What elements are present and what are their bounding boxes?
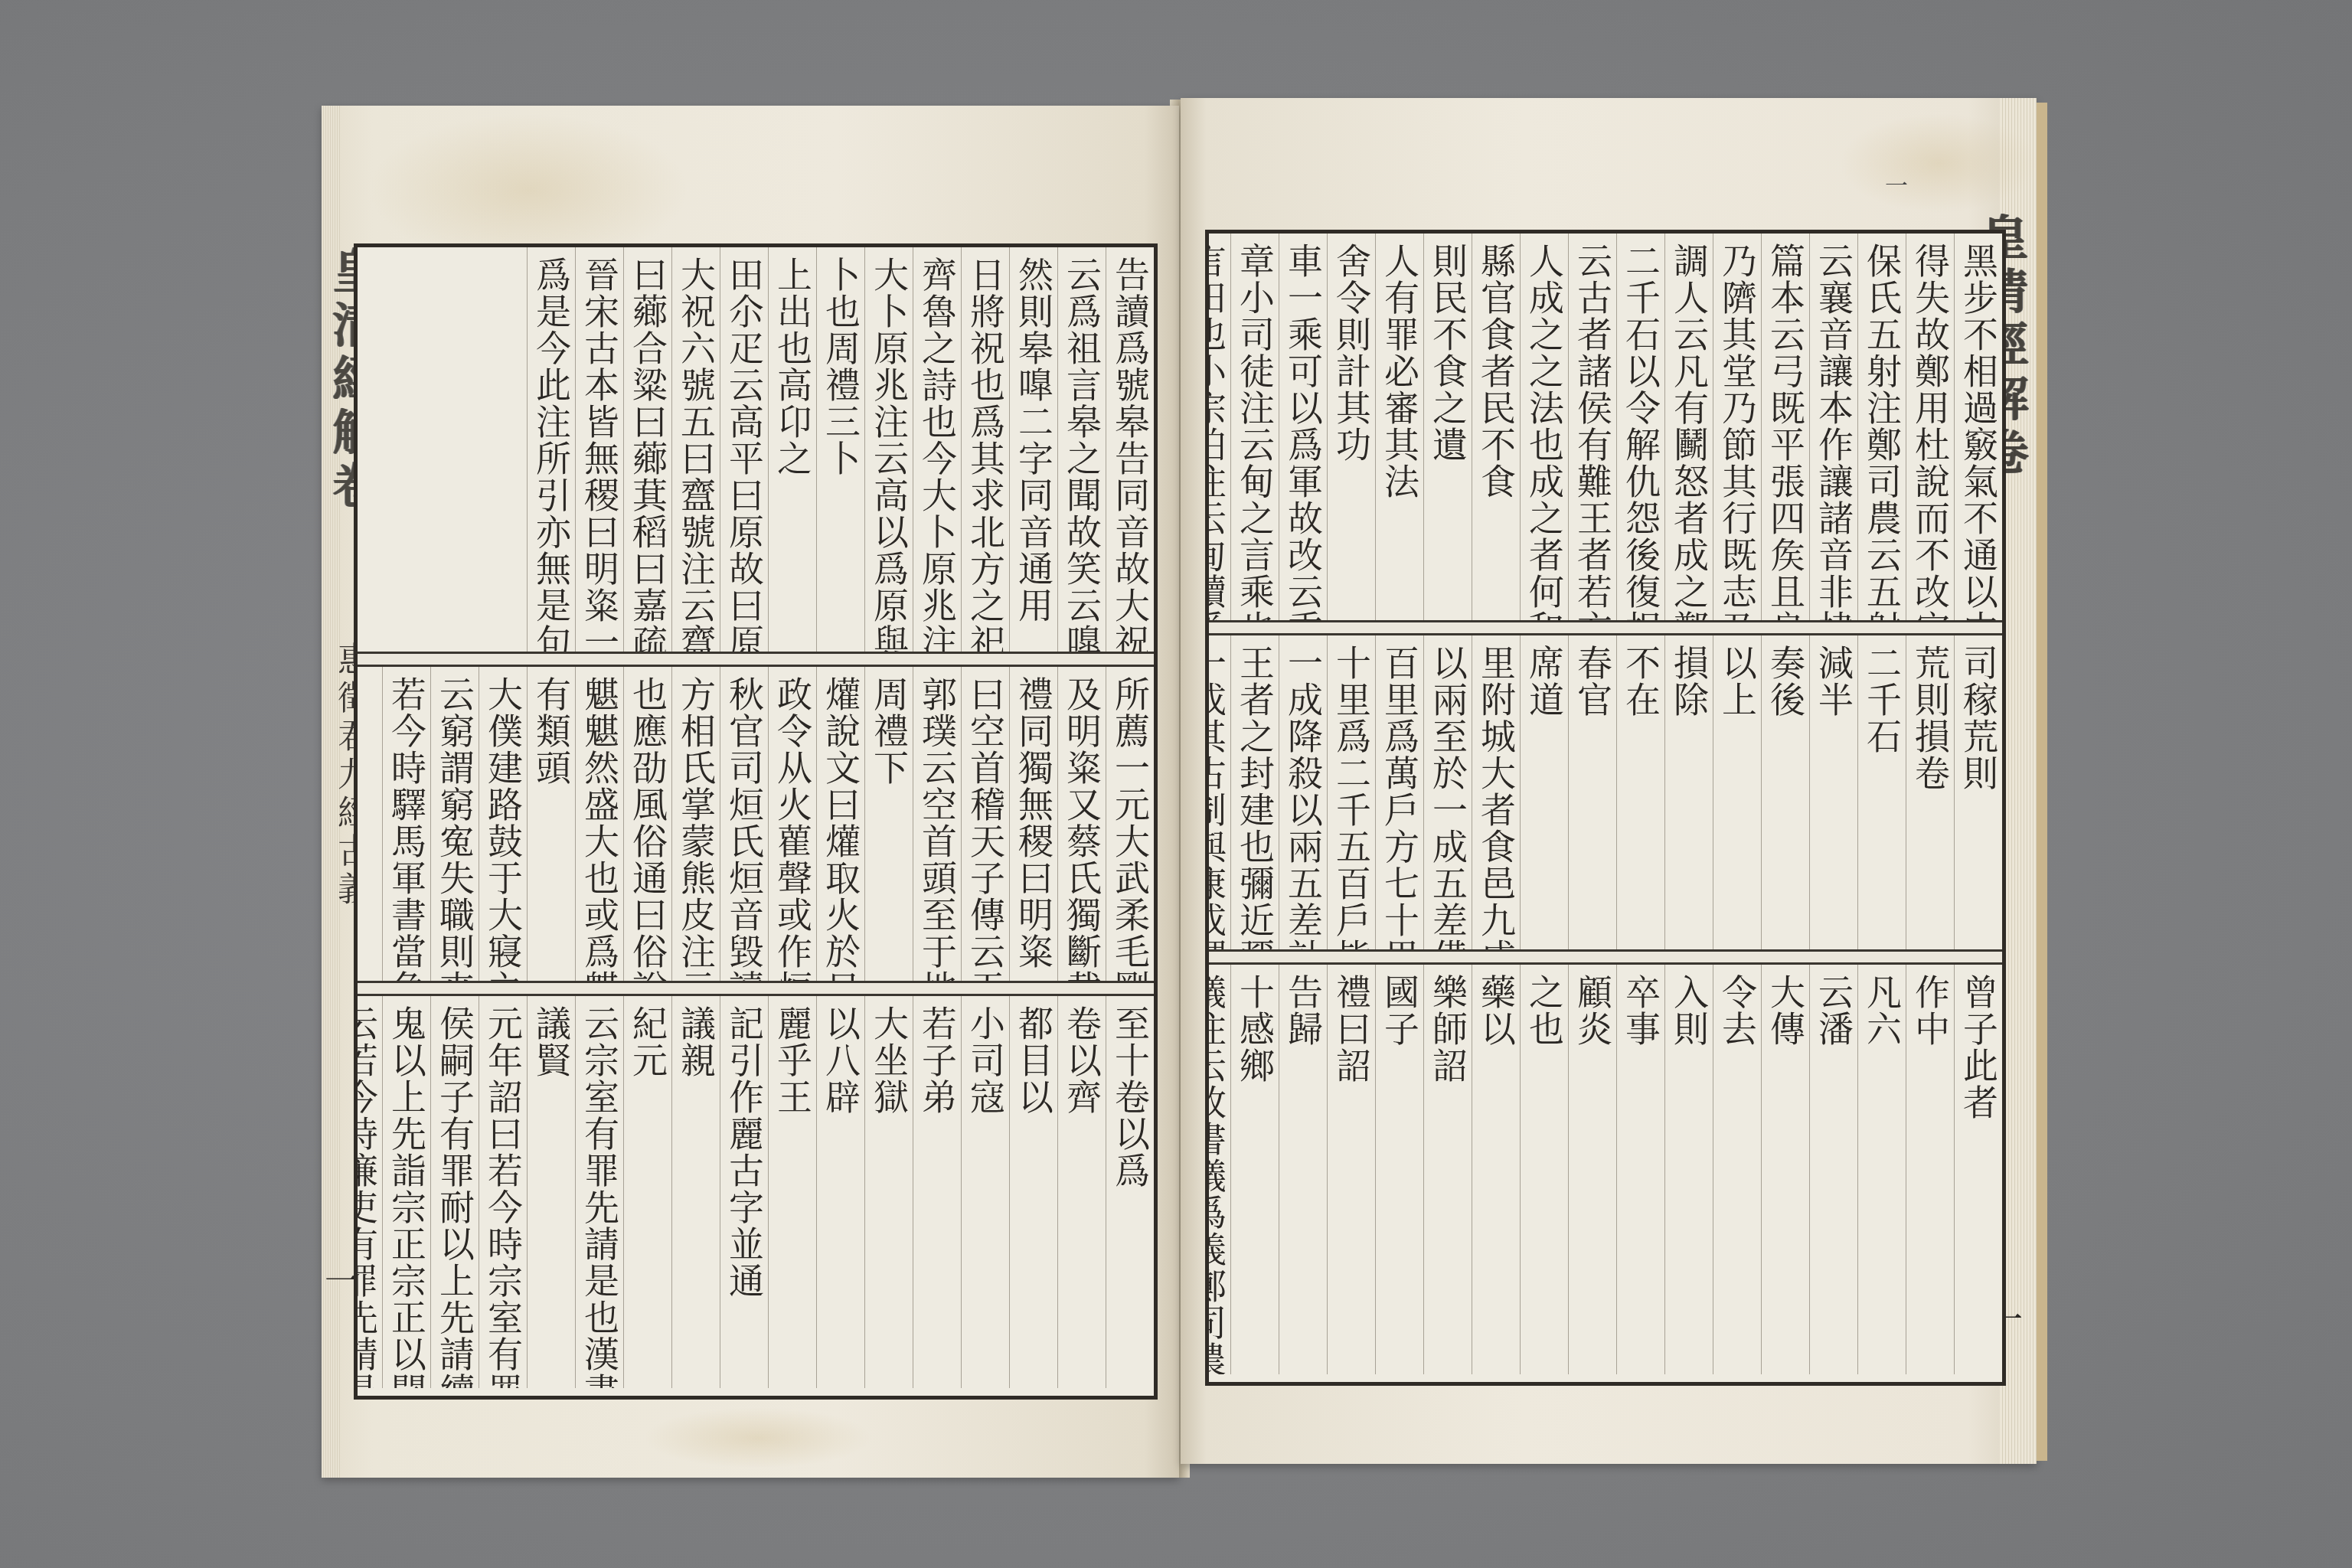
left-band-middle: 所薦一元大武柔毛剛鬣商祭明眎香合嘉疏薌萁及明粢又蔡氏獨斷載祭宗廟禮牲之別名及祭號… bbox=[358, 667, 1154, 983]
text-column: 儀注云故書儀爲義鄭司農云義讀爲儀 bbox=[1209, 965, 1230, 1374]
text-column: 所薦一元大武柔毛剛鬣商祭明眎香合嘉疏薌萁 bbox=[1106, 667, 1154, 981]
text-column: 卜也周禮三卜 bbox=[816, 247, 864, 652]
text-column: 之也 bbox=[1520, 965, 1568, 1374]
text-column: 則民不食之遺 bbox=[1423, 234, 1472, 620]
text-column: 減半 bbox=[1809, 635, 1857, 949]
text-column: 言田也小宗伯注云甸讀爲田古陳田字同陳又訓乘又與甸 bbox=[1209, 234, 1230, 620]
text-column: 若子弟 bbox=[913, 996, 961, 1388]
text-column: 大卜原兆注云高以爲原與原 bbox=[864, 247, 913, 652]
right-text-frame: 黑步不相過竅氣不通以中帝心高誘曰中猶得然則中失猶得失故鄭用杜說而不改字保氏五射注… bbox=[1205, 230, 2006, 1386]
water-stain bbox=[643, 1407, 873, 1468]
text-column: 小司寇 bbox=[961, 996, 1009, 1388]
text-column: 國子 bbox=[1375, 965, 1423, 1374]
left-band-top: 告讀爲號皋告同音故大祝注云皋讀云爲祖言皋之聞故笑云嘷讀為皋然則皋嘷二字同音通用日… bbox=[358, 247, 1154, 654]
text-column: 爲是今此注所引亦無是句當在十二證之一也又獻帝宗廟 bbox=[527, 247, 575, 652]
text-column: 以八辟 bbox=[816, 996, 864, 1388]
text-column: 人有罪必審其法 bbox=[1375, 234, 1423, 620]
text-column: 以兩至於一成五差備其合當一則案十里爲成成百戶故方 bbox=[1423, 635, 1472, 949]
text-column: 麗乎王 bbox=[768, 996, 816, 1388]
text-column: 然則皋嘷二字同音通用 bbox=[1009, 247, 1057, 652]
text-column: 調人云凡有鬭怒者成之鄭司農云成之謂和之也和之猶今 bbox=[1664, 234, 1713, 620]
text-column: 卒事 bbox=[1616, 965, 1664, 1374]
text-column: 入則 bbox=[1664, 965, 1713, 1374]
text-column: 大傳 bbox=[1761, 965, 1809, 1374]
text-column: 舍令則計其功 bbox=[1327, 234, 1375, 620]
text-column: 二千石 bbox=[1857, 635, 1906, 949]
text-column: 卷以齊 bbox=[1057, 996, 1106, 1388]
text-column: 日將祝也爲其求北方之祀宗 bbox=[961, 247, 1009, 652]
text-column: 十里爲二千五百戶皆與王制合附城猶周之附庸自九成至 bbox=[1327, 635, 1375, 949]
text-column: 得失故鄭用杜說而不改字 bbox=[1906, 234, 1954, 620]
text-column: 損除 bbox=[1664, 635, 1713, 949]
text-column: 乃隮其堂乃節其行既志乃張是讓有襄音詩角弓讓與亡叶 bbox=[1713, 234, 1761, 620]
text-column: 云襄音讓本作讓諸音非棣案讓亦音襄古字通大戴記投壺 bbox=[1809, 234, 1857, 620]
band-divider bbox=[1209, 952, 2002, 965]
text-column: 荒則損卷 bbox=[1906, 635, 1954, 949]
text-column: 云若今時廉吏有罪先請是也宣帝黃龍 bbox=[358, 996, 382, 1388]
text-column: 一成其古制與康成謂唯劉子駿識之爾 bbox=[1209, 635, 1230, 949]
text-column: 黑步不相過竅氣不通以中帝心高誘曰中猶得然則中失猶 bbox=[1954, 234, 2002, 620]
text-column: 議賢 bbox=[527, 996, 575, 1388]
text-column: 上出也高卬之 bbox=[768, 247, 816, 652]
text-column: 云古者諸侯有難王者若方伯和平之後復相犯復故罪此謂 bbox=[1568, 234, 1616, 620]
text-column: 魌魌然盛大也或爲魌頭爲觸壙殊方語也御覽說文云今逐疫 bbox=[575, 667, 623, 981]
text-column: 鬼以上先詣宗正宗正以聞乃報決 bbox=[382, 996, 430, 1388]
text-column: 告讀爲號皋告同音故大祝注云皋讀 bbox=[1106, 247, 1154, 652]
text-column: 令去 bbox=[1713, 965, 1761, 1374]
text-column: 保氏五射注鄭司農云五射白矢參連剡注襄尺井儀也釋文 bbox=[1857, 234, 1906, 620]
text-column: 侯嗣子有罪耐以上先請續漢書百官志 bbox=[430, 996, 479, 1388]
text-column: 紀元 bbox=[623, 996, 671, 1388]
text-column: 曰空首稽天子傳云天子賜許男駿馬十六許男降 bbox=[961, 667, 1009, 981]
band-divider bbox=[1209, 622, 2002, 635]
text-column: 藥以 bbox=[1472, 965, 1520, 1374]
text-column: 里附城大者食邑九成衆戶九百土方三十里自九以下降殺 bbox=[1472, 635, 1520, 949]
text-column: 奏後 bbox=[1761, 635, 1809, 949]
text-column: 及明粢又蔡氏獨斷載祭宗廟禮牲之別名及祭號 bbox=[1057, 667, 1106, 981]
text-column: 大僕建路鼓于大寢之門外以待達窮者與遽令注云鄭司農 bbox=[479, 667, 527, 981]
text-column: 記引作麗古字並通 bbox=[720, 996, 768, 1388]
text-column: 有類頭 bbox=[527, 667, 575, 981]
text-column: 二千石以令解仇怨後復相報移徙之此其類也何休公羊注 bbox=[1616, 234, 1664, 620]
text-column: 凡六 bbox=[1857, 965, 1906, 1374]
text-column: 也應劭風俗通曰俗說亡人魂氣游揚故作魌頭以存之言頭 bbox=[623, 667, 671, 981]
text-column: 曰薌合粱曰薌萁稻曰嘉疏案禮記正義 bbox=[623, 247, 671, 652]
left-page: 皇清經解卷 惠徵君九經古義 一 告讀爲號皋告同音故大祝注云皋讀云爲祖言皋之聞故笑… bbox=[322, 106, 1179, 1478]
text-column: 曾子此者 bbox=[1954, 965, 2002, 1374]
right-page: 一 皇清經解卷 十一 黑步不相過竅氣不通以中帝心高誘曰中猶得然則中失猶得失故鄭用… bbox=[1181, 98, 2037, 1464]
text-column: 云窮謂窮寃失職則來擊此鼓若今時上變事擊鼓矣遽傳也 bbox=[430, 667, 479, 981]
text-column: 車一乘可以爲軍故改云乘不爲甸也棣案隊古文陳見襄曰 bbox=[1279, 234, 1327, 620]
text-column: 春官 bbox=[1568, 635, 1616, 949]
text-column: 禮曰詔 bbox=[1327, 965, 1375, 1374]
text-column: 云爲祖言皋之聞故笑云嘷讀為皋 bbox=[1057, 247, 1106, 652]
text-column: 秋官司烜氏烜音毀讀如衛侯燬之燬鄭氏兩讀許君 bbox=[720, 667, 768, 981]
top-page-mark: 一 bbox=[1885, 167, 1908, 201]
text-column: 人成之之法也成之者何和之也王褒集僮約注云漢時官不 bbox=[1520, 234, 1568, 620]
text-column: 方相氏掌蒙熊皮注云冒熊皮者以驚歐疫癘之鬼如今 bbox=[671, 667, 720, 981]
text-column: 元年詔曰若今時宗室有罪先請是也漢書平帝 bbox=[479, 996, 527, 1388]
text-column: 若今時驛馬軍書當急聞者亦擊此鼓立謂遽令郵驛上下程 bbox=[382, 667, 430, 981]
text-column: 章小司徒注云甸之言乘也讀如中甸之甸又甸祝注云甸之 bbox=[1230, 234, 1279, 620]
text-column: 爟說文曰爟取火於日官名舉火曰爟周禮曰司爟 bbox=[816, 667, 864, 981]
text-column: 百里爲萬戶方七十里爲四千九百戶言五千舉成數也方五 bbox=[1375, 635, 1423, 949]
text-column: 議親 bbox=[671, 996, 720, 1388]
text-column: 政令从火雚聲或作烜从亘案司爟注讀如予若觀 bbox=[768, 667, 816, 981]
text-column: 郭璞云空首頭至于地 bbox=[913, 667, 961, 981]
text-column: 十感鄉 bbox=[1230, 965, 1279, 1374]
text-column: 不在 bbox=[1616, 635, 1664, 949]
text-column: 告歸 bbox=[1279, 965, 1327, 1374]
text-column: 大坐獄 bbox=[864, 996, 913, 1388]
text-column: 至十卷以爲 bbox=[1106, 996, 1154, 1388]
text-column: 都目以 bbox=[1009, 996, 1057, 1388]
text-column: 作中 bbox=[1906, 965, 1954, 1374]
text-column: 顧炎 bbox=[1568, 965, 1616, 1374]
text-column: 樂師詔 bbox=[1423, 965, 1472, 1374]
left-text-frame: 告讀爲號皋告同音故大祝注云皋讀云爲祖言皋之聞故笑云嘷讀為皋然則皋嘷二字同音通用日… bbox=[354, 243, 1158, 1400]
text-column: 田尒疋云高平曰原故曰原兆賈疏以爲原 bbox=[720, 247, 768, 652]
text-column: 禮同獨無稷曰明粢一句 bbox=[1009, 667, 1057, 981]
band-divider bbox=[358, 654, 1154, 667]
text-column: 周禮下 bbox=[864, 667, 913, 981]
right-band-middle: 司稼荒則荒則損卷二千石減半奏後以上損除不在春官席道里附城大者食邑九成衆戶九百土方… bbox=[1209, 635, 2002, 952]
text-column: 大祝六號五曰齍號注云齍號爲黍稷皆 bbox=[671, 247, 720, 652]
right-band-top: 黑步不相過竅氣不通以中帝心高誘曰中猶得然則中失猶得失故鄭用杜說而不改字保氏五射注… bbox=[1209, 234, 2002, 622]
book-cover-edge bbox=[2037, 103, 2047, 1461]
water-stain bbox=[1839, 113, 2038, 213]
text-column: 王者之封建也彌近彌大彌遠彌小海上有十里之諸侯附城 bbox=[1230, 635, 1279, 949]
text-column: 司稼荒則 bbox=[1954, 635, 2002, 949]
text-column: 云潘 bbox=[1809, 965, 1857, 1374]
text-column: 縣官食者民不食 bbox=[1472, 234, 1520, 620]
text-column: 云宗室有罪先請是也漢書平帝 bbox=[575, 996, 623, 1388]
text-column: 一成降殺以兩五差計之合一則二十五成之數呂覽愼勢云 bbox=[1279, 635, 1327, 949]
left-band-bottom: 至十卷以爲卷以齊都目以小司寇若子弟大坐獄以八辟麗乎王記引作麗古字並通議親紀元云宗… bbox=[358, 996, 1154, 1388]
band-divider bbox=[358, 983, 1154, 996]
text-column: 以上 bbox=[1713, 635, 1761, 949]
text-column: 篇本云弓既平張四矦且良決拾有常既順乃讓乃揖乃讓讓從言襄聲 bbox=[1761, 234, 1809, 620]
right-band-bottom: 曾子此者作中凡六云潘大傳令去入則卒事顧炎之也藥以樂師詔國子禮曰詔告歸十感鄉儀注云… bbox=[1209, 965, 2002, 1374]
text-column: 晉宋古本皆無稷曰明粢一句立八疑十 bbox=[575, 247, 623, 652]
text-column: 席道 bbox=[1520, 635, 1568, 949]
text-column: 齊魯之詩也今大卜原兆注云 bbox=[913, 247, 961, 652]
